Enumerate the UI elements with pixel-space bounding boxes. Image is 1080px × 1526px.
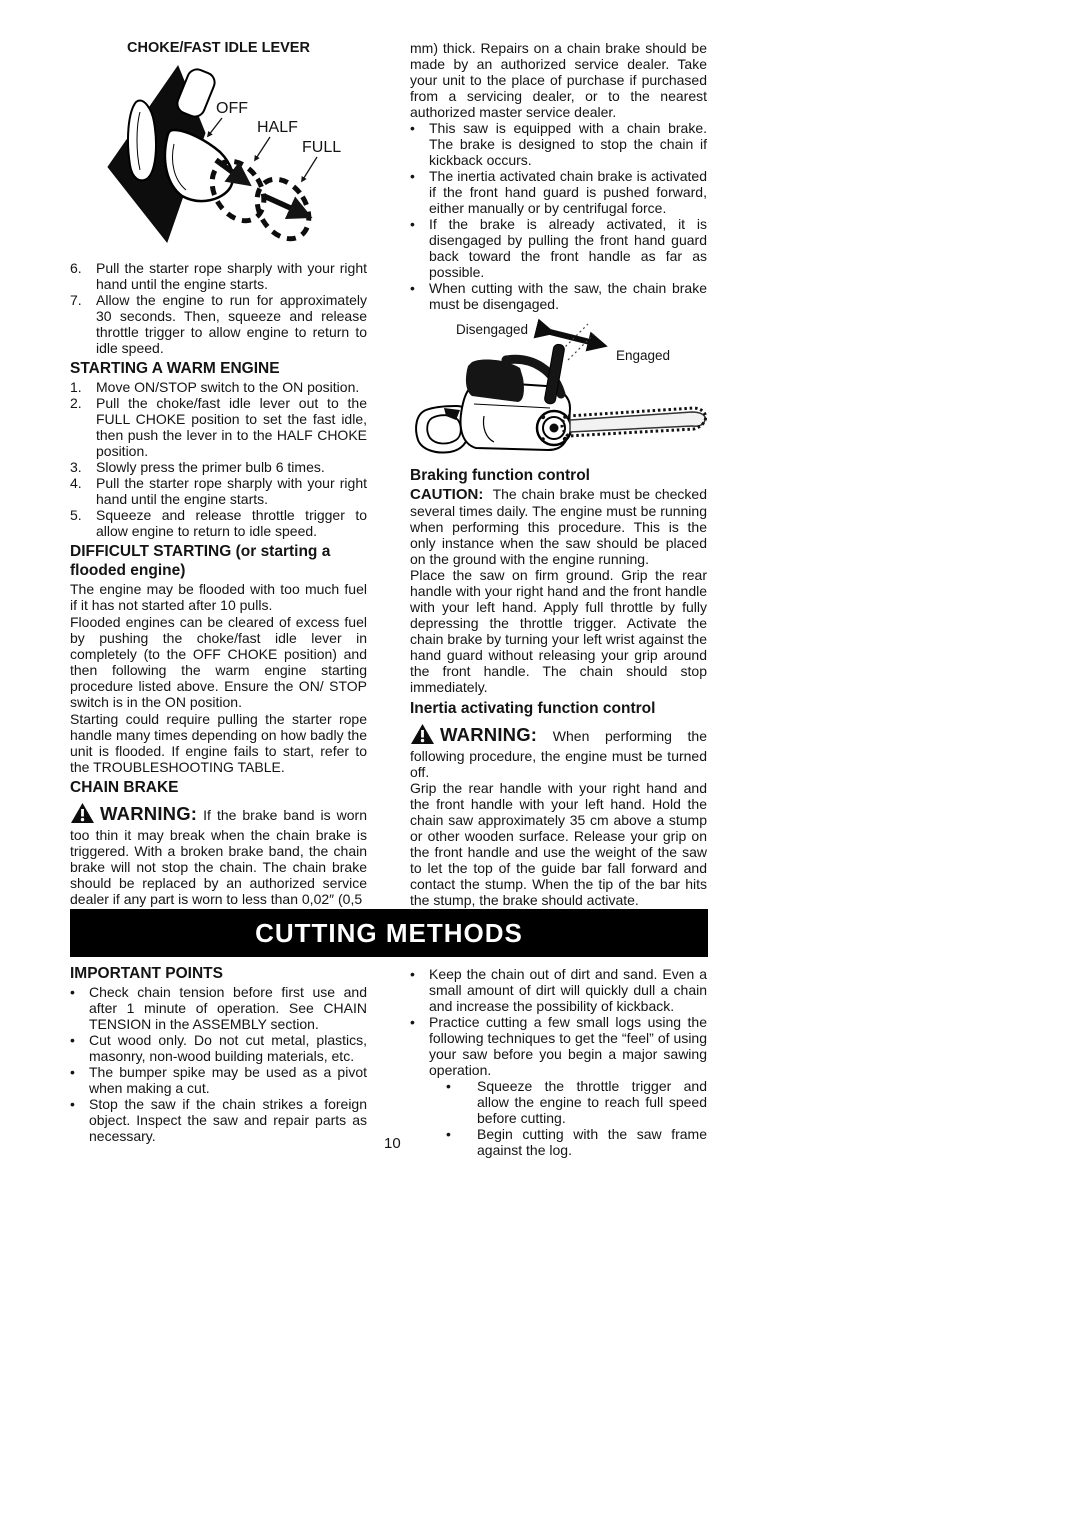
list-text: Squeeze and release throttle trigger to … [96, 507, 367, 539]
list-item: Begin cutting with the saw frame against… [410, 1126, 707, 1158]
list-item: 7. Allow the engine to run for approxima… [70, 292, 367, 356]
list-text: Squeeze the throttle trigger and allow t… [477, 1078, 707, 1126]
paragraph: Grip the rear handle with your right han… [410, 780, 707, 908]
banner-title: CUTTING METHODS [255, 918, 523, 949]
list-item: 3. Slowly press the primer bulb 6 times. [70, 459, 367, 475]
list-text: Slowly press the primer bulb 6 times. [96, 459, 367, 475]
bullet-marker [410, 1014, 429, 1078]
list-text: If the brake is already activated, it is… [429, 216, 707, 280]
bullet-marker [410, 966, 429, 1014]
warning-icon [410, 723, 435, 748]
section-heading-warm-engine: STARTING A WARM ENGINE [70, 359, 367, 378]
bullet-marker [410, 216, 429, 280]
disengaged-label: Disengaged [456, 322, 528, 337]
list-number: 6. [70, 260, 96, 292]
caution-label: CAUTION: [410, 486, 483, 503]
bullet-marker [446, 1078, 477, 1126]
bottom-left-column: IMPORTANT POINTS Check chain tension bef… [70, 964, 367, 1144]
list-item: This saw is equipped with a chain brake.… [410, 120, 707, 168]
list-text: Cut wood only. Do not cut metal, plastic… [89, 1032, 367, 1064]
list-item: 5. Squeeze and release throttle trigger … [70, 507, 367, 539]
list-item: Check chain tension before first use and… [70, 984, 367, 1032]
bullet-marker [410, 280, 429, 312]
list-item: Stop the saw if the chain strikes a fore… [70, 1096, 367, 1144]
choke-lever-figure: OFF HALF FULL [70, 60, 367, 260]
choke-lever-illustration: OFF HALF FULL [70, 60, 367, 260]
list-text: Move ON/STOP switch to the ON position. [96, 379, 367, 395]
section-banner: CUTTING METHODS [70, 909, 708, 957]
list-text: The bumper spike may be used as a pivot … [89, 1064, 367, 1096]
warning-label: WARNING: [440, 724, 537, 745]
list-item: Practice cutting a few small logs using … [410, 1014, 707, 1078]
list-text: Stop the saw if the chain strikes a fore… [89, 1096, 367, 1144]
list-text: Practice cutting a few small logs using … [429, 1014, 707, 1078]
list-number: 7. [70, 292, 96, 356]
bullet-marker [410, 120, 429, 168]
paragraph: Place the saw on firm ground. Grip the r… [410, 567, 707, 695]
list-item: 2. Pull the choke/fast idle lever out to… [70, 395, 367, 459]
list-item: The bumper spike may be used as a pivot … [70, 1064, 367, 1096]
bullet-marker [70, 1064, 89, 1096]
warning-paragraph: WARNING: If the brake band is worn too t… [70, 802, 367, 907]
half-label: HALF [257, 119, 298, 136]
bottom-right-column: Keep the chain out of dirt and sand. Eve… [410, 966, 707, 1158]
section-heading-braking-function: Braking function control [410, 466, 707, 485]
full-label: FULL [302, 139, 341, 156]
bullet-marker [70, 1032, 89, 1064]
bullet-marker [70, 984, 89, 1032]
list-text: Keep the chain out of dirt and sand. Eve… [429, 966, 707, 1014]
half-pointer-arrow [255, 137, 270, 160]
warning-icon [70, 802, 95, 827]
off-label: OFF [216, 100, 248, 117]
disengaged-engaged-arrow [550, 332, 602, 345]
chainsaw-figure: Disengaged Engaged [410, 316, 707, 462]
section-heading-chain-brake: CHAIN BRAKE [70, 778, 367, 797]
caution-paragraph: CAUTION: The chain brake must be checked… [410, 486, 707, 567]
manual-page: CHOKE/FAST IDLE LEVER [0, 0, 1080, 1526]
warning-paragraph: WARNING: When performing the following p… [410, 723, 707, 780]
off-pointer-arrow [208, 118, 222, 136]
list-text: Allow the engine to run for approximatel… [96, 292, 367, 356]
bullet-marker [410, 168, 429, 216]
list-number: 5. [70, 507, 96, 539]
list-text: Pull the choke/fast idle lever out to th… [96, 395, 367, 459]
list-text: When cutting with the saw, the chain bra… [429, 280, 707, 312]
list-text: Begin cutting with the saw frame against… [477, 1126, 707, 1158]
paragraph: mm) thick. Repairs on a chain brake shou… [410, 40, 707, 120]
list-text: Pull the starter rope sharply with your … [96, 475, 367, 507]
list-item: 6. Pull the starter rope sharply with yo… [70, 260, 367, 292]
right-column: mm) thick. Repairs on a chain brake shou… [410, 40, 707, 908]
list-text: This saw is equipped with a chain brake.… [429, 120, 707, 168]
list-item: 4. Pull the starter rope sharply with yo… [70, 475, 367, 507]
page-number: 10 [384, 1135, 401, 1152]
list-text: The inertia activated chain brake is act… [429, 168, 707, 216]
list-item: When cutting with the saw, the chain bra… [410, 280, 707, 312]
full-pointer-arrow [302, 157, 317, 181]
warning-label: WARNING: [100, 803, 197, 824]
paragraph: Flooded engines can be cleared of excess… [70, 614, 367, 710]
section-heading-inertia-function: Inertia activating function control [410, 699, 707, 718]
list-number: 2. [70, 395, 96, 459]
chainsaw-illustration: Disengaged Engaged [410, 316, 710, 462]
section-heading-difficult-starting: DIFFICULT STARTING (or starting a floode… [70, 542, 367, 580]
list-item: 1. Move ON/STOP switch to the ON positio… [70, 379, 367, 395]
list-number: 4. [70, 475, 96, 507]
list-text: Pull the starter rope sharply with your … [96, 260, 367, 292]
choke-lever-diagram-title: CHOKE/FAST IDLE LEVER [70, 40, 367, 56]
list-item: If the brake is already activated, it is… [410, 216, 707, 280]
list-text: Check chain tension before first use and… [89, 984, 367, 1032]
paragraph: Starting could require pulling the start… [70, 711, 367, 775]
bullet-marker [446, 1126, 477, 1158]
list-item: Cut wood only. Do not cut metal, plastic… [70, 1032, 367, 1064]
list-item: Keep the chain out of dirt and sand. Eve… [410, 966, 707, 1014]
list-item: Squeeze the throttle trigger and allow t… [410, 1078, 707, 1126]
engaged-label: Engaged [616, 348, 670, 363]
arrow-half-to-full [264, 196, 306, 215]
section-heading-important-points: IMPORTANT POINTS [70, 964, 367, 983]
left-column: CHOKE/FAST IDLE LEVER [70, 40, 367, 907]
paragraph: The engine may be flooded with too much … [70, 581, 367, 613]
list-item: The inertia activated chain brake is act… [410, 168, 707, 216]
bullet-marker [70, 1096, 89, 1144]
list-number: 3. [70, 459, 96, 475]
list-number: 1. [70, 379, 96, 395]
